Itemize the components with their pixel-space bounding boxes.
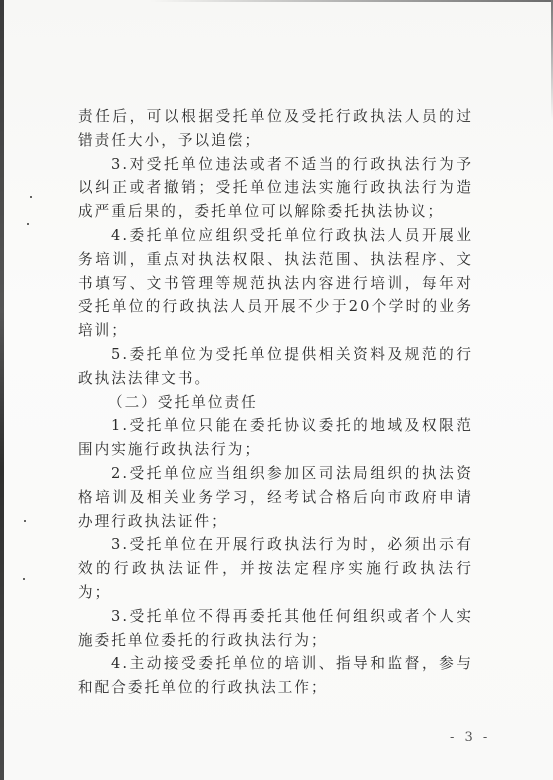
paragraph-item-2-certification: 2.受托单位应当组织参加区司法局组织的执法资格培训及相关业务学习，经考试合格后向… xyxy=(78,462,473,533)
paragraph-item-1-scope: 1.受托单位只能在委托协议委托的地域及权限范围内实施行政执法行为； xyxy=(78,414,473,462)
paragraph-item-5-materials: 5.委托单位为受托单位提供相关资料及规范的行政执法法律文书。 xyxy=(78,343,473,391)
scan-top-edge xyxy=(150,0,553,2)
section-heading-entrusted-unit-responsibility: （二）受托单位责任 xyxy=(78,391,473,415)
paragraph-item-3-no-subdelegation: 3.受托单位不得再委托其他任何组织或者个人实施委托单位委托的行政执法行为； xyxy=(78,605,473,653)
paragraph-item-3-obligation: 3.对受托单位违法或者不适当的行政执法行为予以纠正或者撤销；受托单位违法实施行政… xyxy=(78,153,473,224)
document-body: 责任后，可以根据受托单位及受托行政执法人员的过错责任大小，予以追偿； 3.对受托… xyxy=(78,105,473,700)
paragraph-item-4-supervision: 4.主动接受委托单位的培训、指导和监督，参与和配合委托单位的行政执法工作； xyxy=(78,652,473,700)
paragraph-continuation: 责任后，可以根据受托单位及受托行政执法人员的过错责任大小，予以追偿； xyxy=(78,105,473,153)
paragraph-item-4-training: 4.委托单位应组织受托单位行政执法人员开展业务培训，重点对执法权限、执法范围、执… xyxy=(78,224,473,343)
paragraph-item-3-show-certificate: 3.受托单位在开展行政执法行为时，必须出示有效的行政执法证件，并按法定程序实施行… xyxy=(78,533,473,604)
scan-left-edge xyxy=(0,0,4,780)
scan-speck xyxy=(30,196,32,198)
page-number: - 3 - xyxy=(450,730,490,745)
scan-speck xyxy=(24,520,26,522)
scan-speck xyxy=(27,223,29,225)
scan-speck xyxy=(23,578,25,580)
document-page: 责任后，可以根据受托单位及受托行政执法人员的过错责任大小，予以追偿； 3.对受托… xyxy=(0,0,553,780)
